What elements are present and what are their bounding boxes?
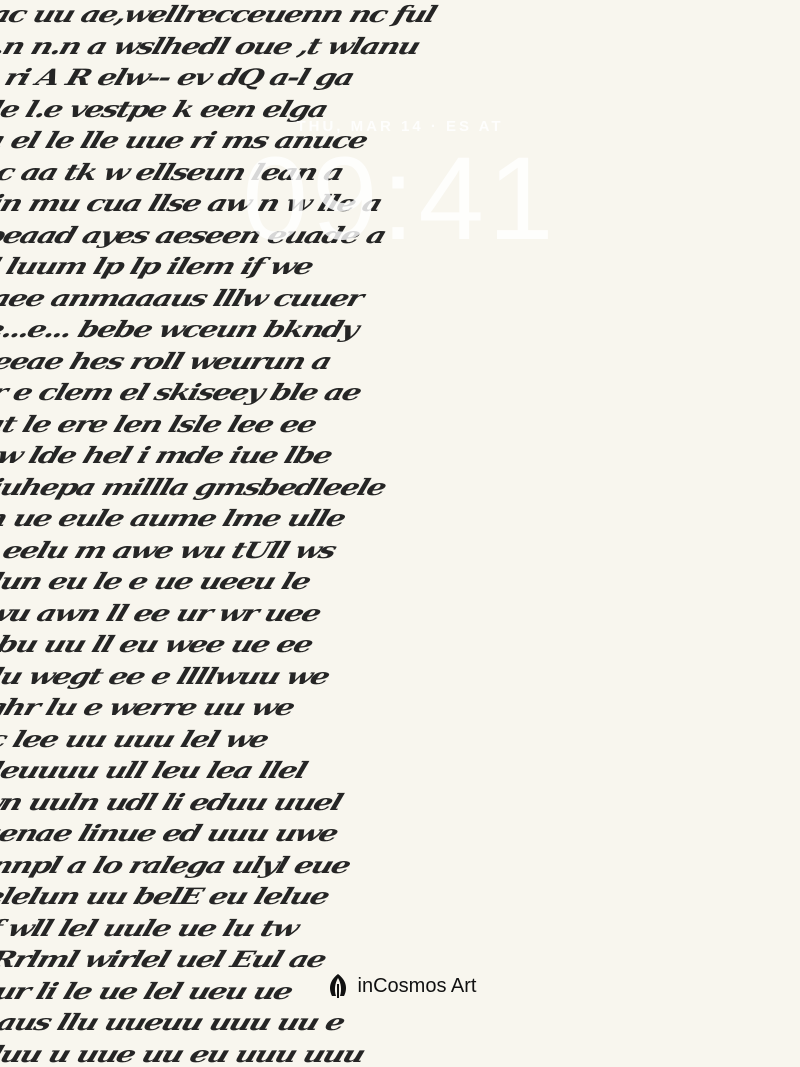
- script-line: lc lee uu uuu lel we: [0, 726, 800, 749]
- script-line: oaus llu uueuu uuu uu e: [0, 1010, 800, 1033]
- script-line: l bu uu ll eu wee ue ee: [0, 632, 800, 655]
- script-line: uenae linue ed uuu uwe: [0, 821, 800, 844]
- brand-label: inCosmos Art: [358, 975, 477, 998]
- leaf-logo-icon: [324, 972, 352, 1000]
- script-line: ghr lu e werre uu we: [0, 695, 800, 718]
- script-line: ac uu ae,wellrecceuenn nc ful: [0, 2, 800, 25]
- script-line: if wll lel uule ue lu tw: [0, 915, 800, 938]
- script-line: reeae hes roll weurun a: [0, 348, 800, 371]
- script-line: i w lde hel i mde iue lbe: [0, 443, 800, 466]
- script-line: iuhepa millla gmsbedleele: [0, 474, 800, 497]
- script-line: a ri A R elw-- ev dQ a-l ga: [0, 65, 800, 88]
- script-line: y eelu m awe wu tUll ws: [0, 537, 800, 560]
- script-line: luu u uue uu eu uuu uuu: [0, 1041, 800, 1064]
- script-line: n ue eule aume lme ulle: [0, 506, 800, 529]
- script-line: Rrlml wirlel uel Eul ae: [0, 947, 800, 970]
- script-line: at le ere len lsle lee ee: [0, 411, 800, 434]
- script-line: leuuuu ull leu lea llel: [0, 758, 800, 781]
- script-line: aee anmaaaus lllw cuuer: [0, 285, 800, 308]
- brand-watermark: inCosmos Art: [0, 972, 800, 1000]
- lockscreen-time: 09:41: [0, 140, 800, 258]
- script-line: le l.e vestpe k een elga: [0, 96, 800, 119]
- script-line: elelun uu belE eu lelue: [0, 884, 800, 907]
- script-line: lu wegt ee e llllwuu we: [0, 663, 800, 686]
- script-line: i.n n.n a wslhedl oue ,t wlanu: [0, 33, 800, 56]
- script-line: lun eu le e ue ueeu le: [0, 569, 800, 592]
- script-line: nnpl a lo ralega ulyl eue: [0, 852, 800, 875]
- script-line: e...e... bebe wceun bkndy: [0, 317, 800, 340]
- script-line: r e clem el skiseey ble ae: [0, 380, 800, 403]
- script-line: wu awn ll ee ur wr uee: [0, 600, 800, 623]
- script-line: yn uuln udl li eduu uuel: [0, 789, 800, 812]
